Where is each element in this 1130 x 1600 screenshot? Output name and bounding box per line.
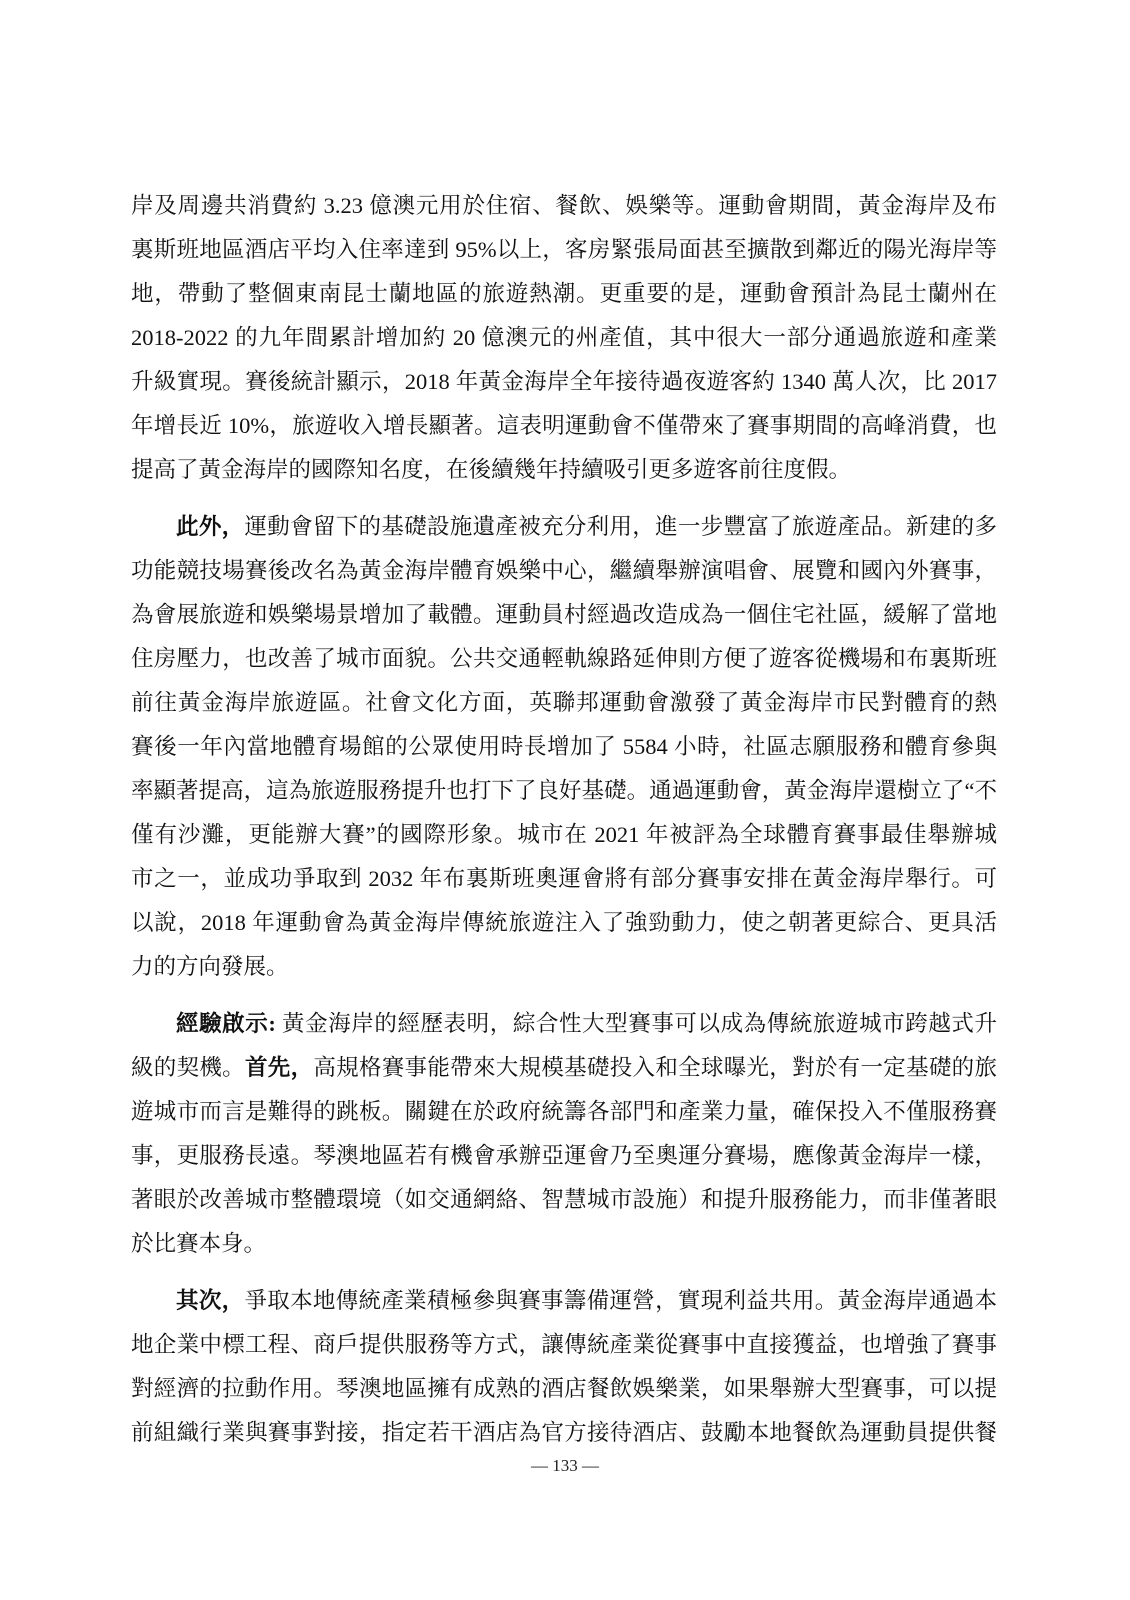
- text-segment: 市之一，並成功爭取到 2032 年布裏斯班奧運會將有部分賽事安排在黃金海岸舉行。…: [131, 866, 997, 891]
- text-line: 前組織行業與賽事對接，指定若干酒店為官方接待酒店、鼓勵本地餐飲為運動員提供餐: [131, 1411, 997, 1455]
- text-segment: 住房壓力，也改善了城市面貌。公共交通輕軌線路延伸則方便了遊客從機場和布裏斯班: [131, 646, 997, 671]
- text-line: 升級實現。賽後統計顯示，2018 年黃金海岸全年接待過夜遊客約 1340 萬人次…: [131, 360, 997, 404]
- text-line: 經驗啟示: 黃金海岸的經歷表明，綜合性大型賽事可以成為傳統旅遊城市跨越式升: [131, 1002, 997, 1046]
- paragraph: 岸及周邊共消費約 3.23 億澳元用於住宿、餐飲、娛樂等。運動會期間，黃金海岸及…: [131, 184, 997, 492]
- text-segment: 著眼於改善城市整體環境（如交通網絡、智慧城市設施）和提升服務能力，而非僅著眼: [131, 1187, 997, 1212]
- text-line: 僅有沙灘，更能辦大賽”的國際形象。城市在 2021 年被評為全球體育賽事最佳舉辦…: [131, 813, 997, 857]
- page-body-text: 岸及周邊共消費約 3.23 億澳元用於住宿、餐飲、娛樂等。運動會期間，黃金海岸及…: [131, 184, 997, 1455]
- bold-lead-segment: 此外，: [176, 514, 244, 539]
- text-segment: 功能競技場賽後改名為黃金海岸體育娛樂中心，繼續舉辦演唱會、展覽和國內外賽事，: [131, 558, 997, 583]
- text-line: 提高了黃金海岸的國際知名度，在後續幾年持續吸引更多遊客前往度假。: [131, 448, 997, 492]
- text-segment: 升級實現。賽後統計顯示，2018 年黃金海岸全年接待過夜遊客約 1340 萬人次…: [131, 369, 997, 394]
- text-segment: 遊城市而言是難得的跳板。關鍵在於政府統籌各部門和產業力量，確保投入不僅服務賽: [131, 1099, 997, 1124]
- text-line: 力的方向發展。: [131, 945, 997, 989]
- bold-segment: 首先，: [245, 1055, 313, 1080]
- text-segment: 爭取本地傳統產業積極參與賽事籌備運營，實現利益共用。黃金海岸通過本: [244, 1288, 997, 1313]
- text-segment: 事，更服務長遠。琴澳地區若有機會承辦亞運會乃至奧運分賽場，應像黃金海岸一樣，: [131, 1143, 997, 1168]
- text-line: 其次，爭取本地傳統產業積極參與賽事籌備運營，實現利益共用。黃金海岸通過本: [131, 1279, 997, 1323]
- bold-lead-segment: 經驗啟示:: [176, 1011, 282, 1036]
- paragraph: 此外，運動會留下的基礎設施遺產被充分利用，進一步豐富了旅遊產品。新建的多 功能競…: [131, 505, 997, 989]
- text-line: 地企業中標工程、商戶提供服務等方式，讓傳統產業從賽事中直接獲益，也增強了賽事: [131, 1323, 997, 1367]
- text-segment: 於比賽本身。: [131, 1231, 266, 1256]
- text-line: 住房壓力，也改善了城市面貌。公共交通輕軌線路延伸則方便了遊客從機場和布裏斯班: [131, 637, 997, 681]
- paragraph: 其次，爭取本地傳統產業積極參與賽事籌備運營，實現利益共用。黃金海岸通過本 地企業…: [131, 1279, 997, 1455]
- text-segment: 黃金海岸的經歷表明，綜合性大型賽事可以成為傳統旅遊城市跨越式升: [282, 1011, 997, 1036]
- text-line: 對經濟的拉動作用。琴澳地區擁有成熟的酒店餐飲娛樂業，如果舉辦大型賽事，可以提: [131, 1367, 997, 1411]
- page-number: — 133 —: [0, 1456, 1130, 1476]
- paragraph: 經驗啟示: 黃金海岸的經歷表明，綜合性大型賽事可以成為傳統旅遊城市跨越式升 級的…: [131, 1002, 997, 1266]
- text-line: 級的契機。首先，高規格賽事能帶來大規模基礎投入和全球曝光，對於有一定基礎的旅: [131, 1046, 997, 1090]
- text-line: 功能競技場賽後改名為黃金海岸體育娛樂中心，繼續舉辦演唱會、展覽和國內外賽事，: [131, 549, 997, 593]
- text-segment: 2018-2022 的九年間累計增加約 20 億澳元的州產值，其中很大一部分通過…: [131, 325, 997, 350]
- text-segment: 級的契機。: [131, 1055, 245, 1080]
- text-segment: 前組織行業與賽事對接，指定若干酒店為官方接待酒店、鼓勵本地餐飲為運動員提供餐: [131, 1420, 997, 1445]
- text-segment: 力的方向發展。: [131, 954, 289, 979]
- text-line: 遊城市而言是難得的跳板。關鍵在於政府統籌各部門和產業力量，確保投入不僅服務賽: [131, 1090, 997, 1134]
- text-segment: 以說，2018 年運動會為黃金海岸傳統旅遊注入了強勁動力，使之朝著更綜合、更具活: [131, 910, 997, 935]
- document-page: { "document": { "paragraphs": [ { "lines…: [0, 0, 1130, 1600]
- text-segment: 為會展旅遊和娛樂場景增加了載體。運動員村經過改造成為一個住宅社區，緩解了當地: [131, 602, 997, 627]
- text-line: 以說，2018 年運動會為黃金海岸傳統旅遊注入了強勁動力，使之朝著更綜合、更具活: [131, 901, 997, 945]
- text-segment: 率顯著提高，這為旅遊服務提升也打下了良好基礎。通過運動會，黃金海岸還樹立了“不: [131, 778, 997, 803]
- text-line: 岸及周邊共消費約 3.23 億澳元用於住宿、餐飲、娛樂等。運動會期間，黃金海岸及…: [131, 184, 997, 228]
- text-line: 2018-2022 的九年間累計增加約 20 億澳元的州產值，其中很大一部分通過…: [131, 316, 997, 360]
- text-segment: 岸及周邊共消費約 3.23 億澳元用於住宿、餐飲、娛樂等。運動會期間，黃金海岸及…: [131, 193, 997, 218]
- text-segment: 高規格賽事能帶來大規模基礎投入和全球曝光，對於有一定基礎的旅: [313, 1055, 997, 1080]
- text-segment: 賽後一年內當地體育場館的公眾使用時長增加了 5584 小時，社區志願服務和體育參…: [131, 734, 997, 759]
- text-line: 此外，運動會留下的基礎設施遺產被充分利用，進一步豐富了旅遊產品。新建的多: [131, 505, 997, 549]
- text-line: 於比賽本身。: [131, 1222, 997, 1266]
- text-segment: 裏斯班地區酒店平均入住率達到 95%以上，客房緊張局面甚至擴散到鄰近的陽光海岸等: [131, 237, 997, 262]
- text-segment: 運動會留下的基礎設施遺產被充分利用，進一步豐富了旅遊產品。新建的多: [244, 514, 997, 539]
- text-segment: 年增長近 10%，旅遊收入增長顯著。這表明運動會不僅帶來了賽事期間的高峰消費，也: [131, 413, 997, 438]
- text-segment: 地，帶動了整個東南昆士蘭地區的旅遊熱潮。更重要的是，運動會預計為昆士蘭州在: [131, 281, 997, 306]
- text-line: 為會展旅遊和娛樂場景增加了載體。運動員村經過改造成為一個住宅社區，緩解了當地: [131, 593, 997, 637]
- text-line: 地，帶動了整個東南昆士蘭地區的旅遊熱潮。更重要的是，運動會預計為昆士蘭州在: [131, 272, 997, 316]
- text-segment: 前往黃金海岸旅遊區。社會文化方面，英聯邦運動會激發了黃金海岸市民對體育的熱情，: [131, 690, 997, 725]
- text-line: 市之一，並成功爭取到 2032 年布裏斯班奧運會將有部分賽事安排在黃金海岸舉行。…: [131, 857, 997, 901]
- bold-lead-segment: 其次，: [176, 1288, 244, 1313]
- text-line: 著眼於改善城市整體環境（如交通網絡、智慧城市設施）和提升服務能力，而非僅著眼: [131, 1178, 997, 1222]
- text-line: 年增長近 10%，旅遊收入增長顯著。這表明運動會不僅帶來了賽事期間的高峰消費，也: [131, 404, 997, 448]
- text-segment: 僅有沙灘，更能辦大賽”的國際形象。城市在 2021 年被評為全球體育賽事最佳舉辦…: [131, 822, 997, 847]
- text-segment: 對經濟的拉動作用。琴澳地區擁有成熟的酒店餐飲娛樂業，如果舉辦大型賽事，可以提: [131, 1376, 997, 1401]
- text-line: 事，更服務長遠。琴澳地區若有機會承辦亞運會乃至奧運分賽場，應像黃金海岸一樣，: [131, 1134, 997, 1178]
- text-line: 賽後一年內當地體育場館的公眾使用時長增加了 5584 小時，社區志願服務和體育參…: [131, 725, 997, 769]
- text-line: 率顯著提高，這為旅遊服務提升也打下了良好基礎。通過運動會，黃金海岸還樹立了“不: [131, 769, 997, 813]
- text-line: 裏斯班地區酒店平均入住率達到 95%以上，客房緊張局面甚至擴散到鄰近的陽光海岸等: [131, 228, 997, 272]
- text-segment: 提高了黃金海岸的國際知名度，在後續幾年持續吸引更多遊客前往度假。: [131, 457, 851, 482]
- text-segment: 地企業中標工程、商戶提供服務等方式，讓傳統產業從賽事中直接獲益，也增強了賽事: [131, 1332, 997, 1357]
- text-line: 前往黃金海岸旅遊區。社會文化方面，英聯邦運動會激發了黃金海岸市民對體育的熱情，: [131, 681, 997, 725]
